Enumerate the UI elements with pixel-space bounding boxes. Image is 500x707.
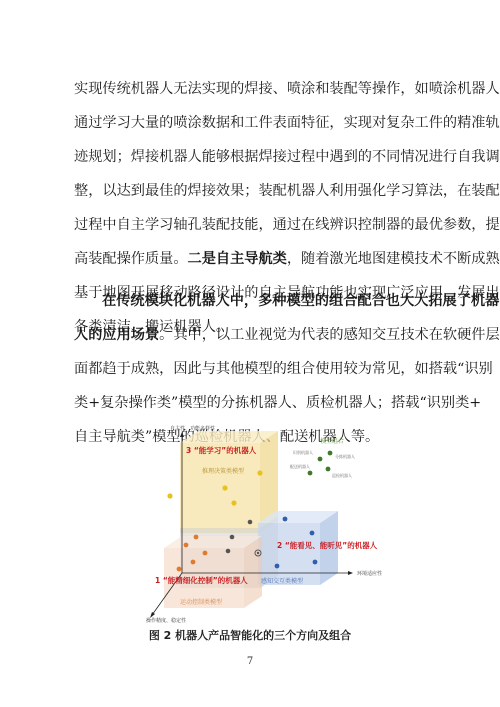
- document-page: 实现传统机器人无法实现的焊接、喷涂和装配等操作，如喷涂机器人 通过学习大量的喷涂…: [0, 0, 500, 707]
- emphasis-text: 在传统模块化机器人中，多种模型的组合配合也大大拓展了机器: [74, 284, 430, 318]
- text-line: 人的应用场景。其中，以工业视觉为代表的感知交互技术在软硬件层: [74, 318, 430, 352]
- z-axis-label: 操作精度、稳定性: [146, 617, 186, 624]
- legend-item: 分拣机器人: [335, 454, 355, 460]
- diagram-3d-cubes: [150, 423, 370, 623]
- text-line: 迹规划；焊接机器人能够根据焊接过程中遇到的不同情况进行自我调: [74, 140, 430, 174]
- text-span: 高装配操作质量。: [74, 251, 188, 267]
- text-span: ，随着激光地图建模技术不断成熟，: [287, 251, 500, 267]
- figure-robot-intelligence: 自主性、功能多样性 环境适应性 操作精度、稳定性 模型组合 识别机器人 分拣机器…: [150, 423, 370, 623]
- text-span: 。其中，以工业视觉为代表的感知交互技术在软硬件层: [159, 327, 500, 343]
- emphasis-text: 人的应用场景: [74, 327, 159, 343]
- group1-box-label: 运动控制类模型: [180, 597, 222, 606]
- group3-box-label: 推理决策类模型: [202, 466, 244, 475]
- legend-item: 配送机器人: [290, 464, 310, 470]
- y-axis-label: 自主性、功能多样性: [170, 425, 215, 432]
- x-axis-label: 环境适应性: [357, 570, 382, 577]
- legend-title: 模型组合: [320, 436, 344, 445]
- text-line: 通过学习大量的喷涂数据和工件表面特征，实现对复杂工件的精准轨: [74, 106, 430, 140]
- text-line: 整，以达到最佳的焊接效果；装配机器人利用强化学习算法，在装配: [74, 174, 430, 208]
- legend-item: 巡检机器人: [332, 473, 352, 479]
- group2-box-label: 感知交互类模型: [261, 576, 303, 585]
- page-number: 7: [0, 656, 500, 667]
- text-line: 过程中自主学习轴孔装配技能，通过在线辨识控制器的最优参数，提: [74, 208, 430, 242]
- text-line: 实现传统机器人无法实现的焊接、喷涂和装配等操作，如喷涂机器人: [74, 72, 430, 106]
- text-line: 类+复杂操作类”模型的分拣机器人、质检机器人；搭载“识别类+: [74, 386, 430, 420]
- figure-caption: 图 2 机器人产品智能化的三个方向及组合: [0, 627, 500, 643]
- text-line: 高装配操作质量。二是自主导航类，随着激光地图建模技术不断成熟，: [74, 242, 430, 276]
- group3-title: 3 “能学习”的机器人: [186, 445, 256, 456]
- legend-item: 识别机器人: [293, 450, 313, 456]
- text-line: 面都趋于成熟，因此与其他模型的组合使用较为常见，如搭载“识别: [74, 352, 430, 386]
- emphasis-text: 二是自主导航类: [188, 251, 287, 267]
- group2-title: 2 “能看见、能听见”的机器人: [277, 540, 377, 551]
- group1-title: 1 “能精细化控制”的机器人: [155, 575, 248, 586]
